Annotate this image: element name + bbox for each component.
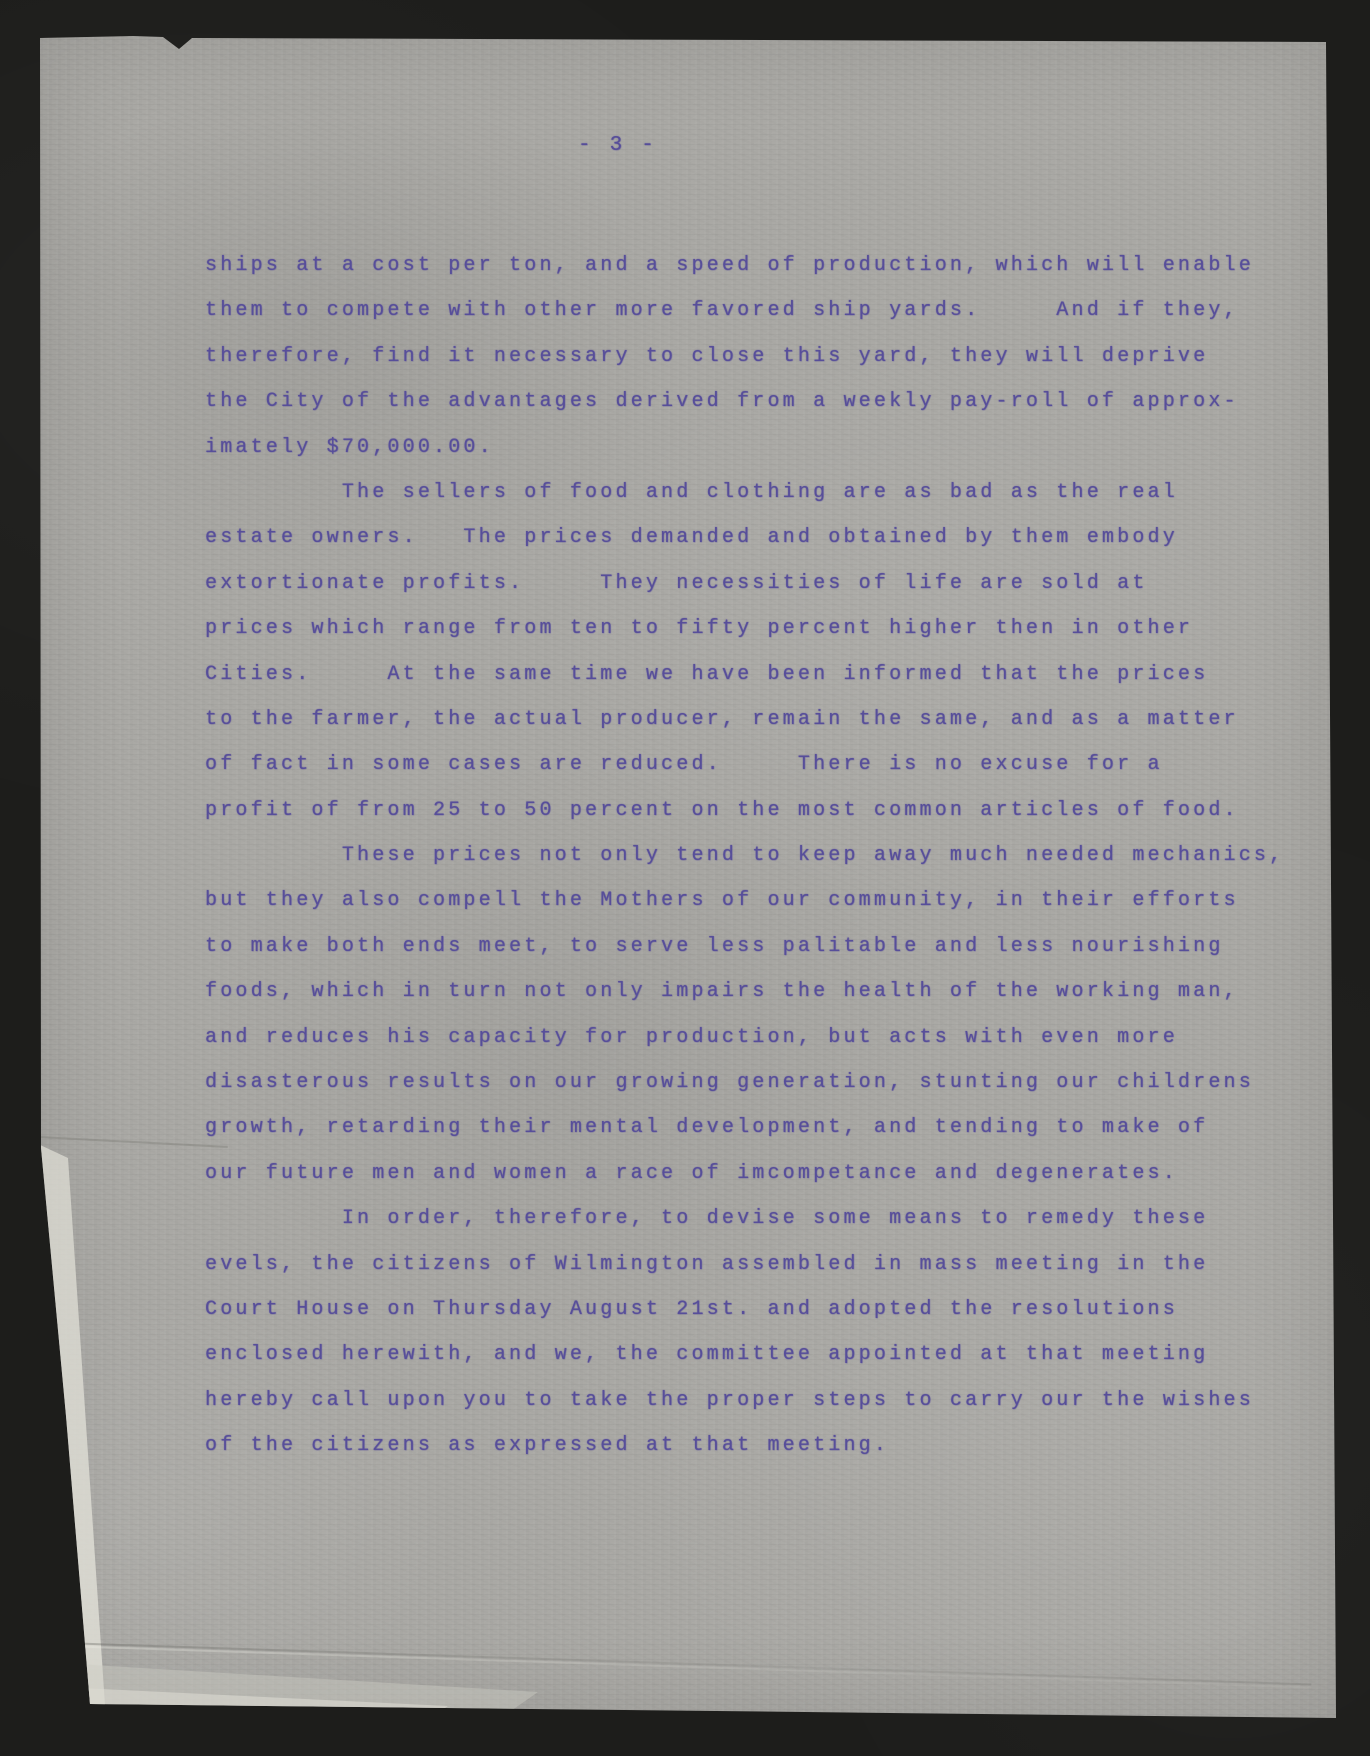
typed-line: extortionate profits. They necessities o… bbox=[205, 561, 1325, 606]
crease-line-left bbox=[38, 1136, 228, 1147]
typed-line: prices which range from ten to fifty per… bbox=[205, 606, 1325, 651]
typed-line: therefore, find it necessary to close th… bbox=[205, 334, 1325, 379]
typed-line: profit of from 25 to 50 percent on the m… bbox=[205, 788, 1325, 833]
typed-line: disasterous results on our growing gener… bbox=[205, 1060, 1325, 1105]
typed-line: ships at a cost per ton, and a speed of … bbox=[205, 243, 1325, 288]
letter-page: - 3 - ships at a cost per ton, and a spe… bbox=[38, 36, 1336, 1720]
typed-line: foods, which in turn not only impairs th… bbox=[205, 969, 1325, 1014]
page-number: - 3 - bbox=[578, 134, 657, 157]
typed-line: estate owners. The prices demanded and o… bbox=[205, 515, 1325, 560]
typed-line: of fact in some cases are reduced. There… bbox=[205, 742, 1325, 787]
typed-line: growth, retarding their mental developme… bbox=[205, 1105, 1325, 1150]
typed-line: to make both ends meet, to serve less pa… bbox=[205, 924, 1325, 969]
typed-line: the City of the advantages derived from … bbox=[205, 379, 1325, 424]
typed-line: Cities. At the same time we have been in… bbox=[205, 652, 1325, 697]
typed-line: them to compete with other more favored … bbox=[205, 288, 1325, 333]
typed-line: hereby call upon you to take the proper … bbox=[205, 1378, 1325, 1423]
typed-line: imately $70,000.00. bbox=[205, 425, 1325, 470]
typed-line: evels, the citizens of Wilmington assemb… bbox=[205, 1242, 1325, 1287]
typed-line: but they also compell the Mothers of our… bbox=[205, 878, 1325, 923]
typed-line: to the farmer, the actual producer, rema… bbox=[205, 697, 1325, 742]
typed-line: of the citizens as expressed at that mee… bbox=[205, 1423, 1325, 1468]
typed-line: These prices not only tend to keep away … bbox=[205, 833, 1325, 878]
typed-line: In order, therefore, to devise some mean… bbox=[205, 1196, 1325, 1241]
scanned-document-scene: - 3 - ships at a cost per ton, and a spe… bbox=[0, 0, 1370, 1756]
typed-line: Court House on Thursday August 21st. and… bbox=[205, 1287, 1325, 1332]
typed-line: enclosed herewith, and we, the committee… bbox=[205, 1332, 1325, 1377]
typed-line: and reduces his capacity for production,… bbox=[205, 1015, 1325, 1060]
typed-line: our future men and women a race of imcom… bbox=[205, 1151, 1325, 1196]
typed-lines: ships at a cost per ton, and a speed of … bbox=[205, 243, 1325, 1469]
typed-line: The sellers of food and clothing are as … bbox=[205, 470, 1325, 515]
